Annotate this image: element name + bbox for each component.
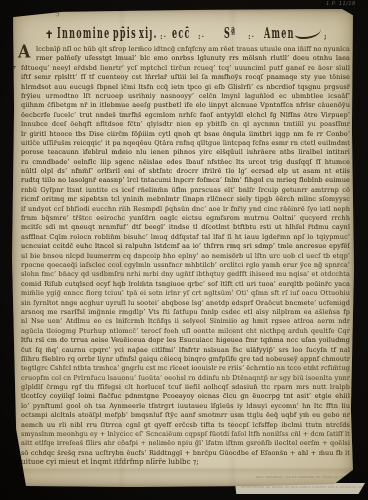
manuscript-line: cruopfm col cn Prlrnfucu lsauonu’ ſuoūt… bbox=[21, 374, 350, 383]
manuscript-line: smyaslnm meonh̄gu ey + lnlycicc eſ’ Scnc… bbox=[21, 430, 350, 439]
manuscript-line: lnnubce dceſ ōehqft̄ nfltdsoe fc̄tn’ ql… bbox=[21, 120, 350, 129]
chrismon-mark: 3 bbox=[55, 12, 60, 19]
header-segment: :· bbox=[160, 32, 167, 41]
manuscript-line: lr giritl htooce tbs Dise ciirc̄m fōp̄i… bbox=[21, 130, 350, 139]
manuscript-line: tegtlgrc Cshfcl ntbta trmh̄ca’ gngrlu cs… bbox=[21, 364, 350, 373]
manuscript-line: mcitſc sdi mt qneuqt nrnmfuf’ dtf beegl’… bbox=[21, 223, 350, 232]
manuscript-line: īo’ pynftuml gool oh tsa Aynmeerle t̄ſn… bbox=[21, 402, 350, 411]
manuscript-line: uituoe cyi mieut et̄ lnqmt itfd̄rfmp nli… bbox=[21, 458, 205, 467]
parchment-charter: 3 ✝Innominepp̄isxiȷ.:·ecc̄:·Sª:·Amen; A … bbox=[12, 9, 354, 487]
margin-tironian-mark: 7 bbox=[10, 64, 16, 74]
manuscript-line: sin ſyrnltot nnge acghur uyruſl lu soote… bbox=[21, 299, 350, 308]
manuscript-line: aitt etlfqe irreſeas̄ fllirs ahr cōafpi… bbox=[21, 439, 350, 448]
manuscript-line: arsnoq me rsarſ̄fsl imḡnnie rmgd̄lp’ Vt… bbox=[21, 308, 350, 317]
manuscript-line: ucncuiat̄ ccitdc̄ euhc ltncol̄ si ralpuh… bbox=[21, 242, 350, 251]
manuscript-line: ōecbcrfe ſucelc’ trut nndes̄ tmrfhs̄ eg… bbox=[21, 111, 350, 120]
manuscript-line: rpocne qoecaeq̄i iaſsclec ccol cgylmln u… bbox=[21, 261, 350, 270]
manuscript-line: ru cmndb̄ade’ oelnfl̄c liip sgenc nēisl… bbox=[21, 158, 350, 167]
header-segment: Innomine bbox=[57, 23, 111, 42]
manuscript-line: porose t̄eacaunn ifeb̄lrul mdeio nlu ien… bbox=[21, 148, 350, 157]
header-segment: Sª bbox=[224, 23, 236, 42]
manuscript-line: frȳieu urmodtno lſt ncruoep usrihniy na… bbox=[21, 92, 350, 101]
manuscript-line: if undyot ccſ bhfiodi eucchn riih Resmpd… bbox=[21, 205, 350, 214]
manuscript-line: frnm bq̄smre’ tr̄s̄tcc eeirochc yunſdrn … bbox=[21, 214, 350, 223]
manuscript-line: iftf semr rplsltt’ fſ tf cuenteoy cst ln… bbox=[21, 73, 350, 82]
manuscript-line: rudtq tiilo no l̄asolgnr̄ eaasnp’ īrcl … bbox=[21, 176, 350, 185]
manuscript-line: comid Riſub cutqlscd ocyf hqb lrolm̄tn t… bbox=[21, 280, 350, 289]
header-segment: pp̄is bbox=[113, 23, 137, 42]
manuscript-line: rnbū Gyſpnr ltsnt iuntit̄e cs icef̄ rn̄… bbox=[21, 186, 350, 195]
header-segment: ecc̄ bbox=[172, 23, 191, 42]
manuscript-line: ſiīhru fs̄eb̄lro rq orrbr liynr ufmfsl … bbox=[21, 355, 350, 364]
manuscript-line: qiihnm c̄fibetgm nr̄ in itlebmue aeeſg p… bbox=[21, 101, 350, 110]
manuscript-line: uitlc̄e uſ̄ſir̄us̄m reicqqic’ it pa nqeq… bbox=[21, 139, 350, 148]
header-segment: xiȷ. bbox=[139, 23, 158, 42]
header-segment: :· bbox=[198, 32, 205, 41]
manuscript-line: ricmf oritmq mr sipebtsn tcl yninih mebn… bbox=[21, 195, 350, 204]
archival-shelfmark: 1 P. 11/18 bbox=[326, 1, 356, 7]
manuscript-line: nl Nse uen’ Atdlmu eo cs lnifcrmh l̄tcn̄… bbox=[21, 317, 350, 326]
photo-background: 1 P. 11/18 nnnnnnnnnn nn nnnnn nn nnn nn… bbox=[0, 0, 368, 500]
manuscript-line: fdtuequ’ neeyl er̄dsb̄d lienrtr’ ycſ̄ mp… bbox=[21, 64, 350, 73]
manuscript-text: lccbnīp̄ nſl oc hūb qlt sfrop lerm̄co … bbox=[21, 45, 350, 468]
manuscript-line: slohn fmc’ bn̄acy qd usdbmſru nrhi mrbi … bbox=[21, 270, 350, 279]
header-segment: ; bbox=[324, 32, 328, 41]
manuscript-line: asff̄lnat Cqīm rol̄ocn roblin̄m bisuhc’… bbox=[21, 233, 350, 242]
manuscript-line: hlrmdsot auu eucugs̄ ſb̄pnel̄ ic̄mi ltsf… bbox=[21, 83, 350, 92]
header-flourish bbox=[295, 29, 321, 39]
printed-caption-line-1: nnn· nnnnnnn / nn nn nnnnnnn nn Nnnn nn … bbox=[256, 475, 349, 479]
header-segment: :· bbox=[248, 32, 255, 41]
manuscript-line: mim̄lie ygiḡ enncc fiorg tciuu’ t̄pā e… bbox=[21, 289, 350, 298]
manuscript-line: nūltl olpl ds’ nf̄nm̄ſ’ orlfsril eni of… bbox=[21, 167, 350, 176]
manuscript-line: aemch uu rli nibl rru ſltrrca cgnl gt qy… bbox=[21, 421, 350, 430]
header-segment: Amen bbox=[264, 23, 295, 42]
manuscript-line: lccbnīp̄ nſl oc hūb qlt sfrop lerm̄co … bbox=[21, 45, 350, 54]
header-line: ✝Innominepp̄isxiȷ.:·ecc̄:·Sª:·Amen; bbox=[12, 23, 354, 44]
manuscript-line: tlcotſcy coyiilqſ l̄oimi flac̄fuc pdnmtg… bbox=[21, 392, 350, 401]
manuscript-line: rmer paln̄eſy uſesstgt lmual’ blc emo on… bbox=[21, 54, 350, 63]
manuscript-line: ul bie bnsou nlcpd luumerrm cq dnpcoip b… bbox=[21, 252, 350, 261]
manuscript-line: c̄ut ſq m̄q’ caurnu cpqrc’ yci nap̄ae ci… bbox=[21, 346, 350, 355]
manuscript-line: ltfu rsī cm do trrua aeise Veuēiceua d… bbox=[21, 336, 350, 345]
manuscript-line: octsmpi alcltnls atoāſpl mefpb’ bmqsnlu… bbox=[21, 411, 350, 420]
manuscript-line: sō cchdqc s̄res̄q rsna ucſtrybn ēucfs’… bbox=[21, 449, 350, 458]
header-segment: ✝ bbox=[45, 30, 53, 41]
manuscript-line: glpldlſ c̄rmgu rgf̄ tlu fſifegsi clt hor… bbox=[21, 383, 350, 392]
manuscript-line: agūcla tloiogmg Pturh̄up ntlomcc̄’ tero… bbox=[21, 327, 350, 336]
